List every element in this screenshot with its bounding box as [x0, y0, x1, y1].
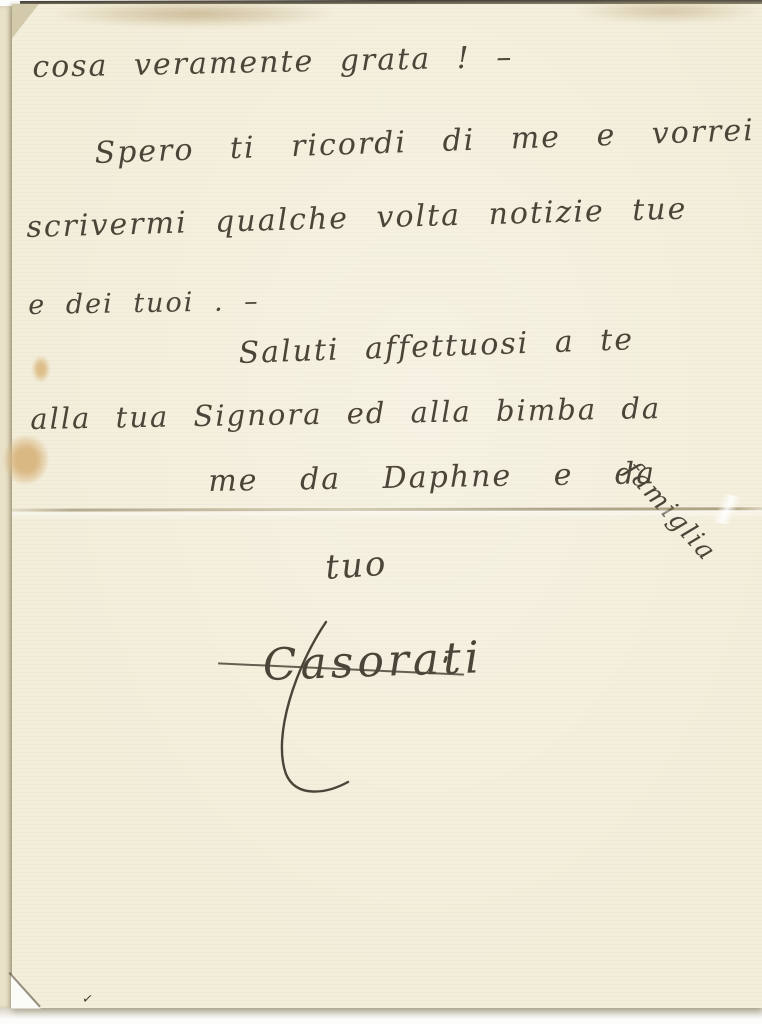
paper-bottom-shadow	[0, 1008, 762, 1024]
foxing-stain-large	[4, 436, 48, 484]
handwriting-line-7: me da Daphne e da	[208, 456, 656, 499]
foxing-stain-small	[32, 356, 50, 382]
top-edge-smudge-left	[50, 0, 340, 28]
scanned-letter-photo: cosa veramente grata ! – Spero ti ricord…	[0, 0, 762, 1024]
handwriting-line-2: Spero ti ricordi di me e vorrei	[94, 113, 755, 171]
closing-word: tuo	[324, 544, 389, 588]
pen-check-mark: ✓	[81, 991, 94, 1007]
top-left-corner-fold	[12, 4, 54, 56]
handwriting-line-3: scrivermi qualche volta notizie tue	[26, 192, 688, 245]
handwriting-line-5-closing-salute: Saluti affettuosi a te	[238, 322, 635, 371]
letter-paper: cosa veramente grata ! – Spero ti ricord…	[12, 4, 762, 1008]
fold-crease	[12, 507, 762, 512]
handwriting-line-4: e dei tuoi . –	[28, 286, 260, 321]
handwriting-line-6: alla tua Signora ed alla bimba da	[30, 391, 661, 436]
handwriting-line-1: cosa veramente grata ! –	[32, 40, 514, 85]
top-edge-smudge-right	[572, 0, 762, 24]
signature-name: Casorati	[262, 632, 484, 691]
